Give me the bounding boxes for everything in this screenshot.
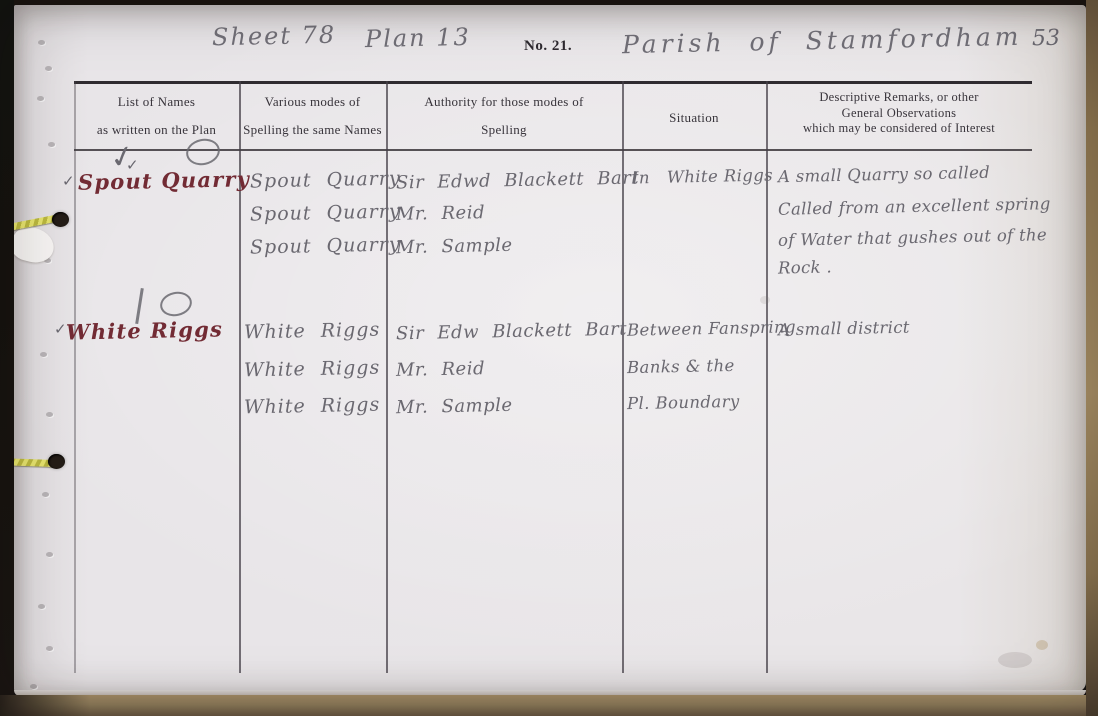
entry-name: Spout Quarry	[78, 166, 251, 195]
header-line: Various modes of	[239, 88, 386, 116]
paper-dimple	[30, 684, 37, 689]
book-bottom-shadow	[0, 695, 90, 716]
photo-left-edge	[0, 0, 14, 716]
column-header-spellings: Various modes of Spelling the same Names	[239, 88, 386, 144]
plan-number: Plan 13	[365, 23, 471, 53]
paper-dimple	[45, 66, 52, 71]
entry-name: White Riggs	[66, 316, 224, 344]
paper-dimple	[40, 352, 47, 357]
paper-dimple	[46, 646, 53, 651]
spelling-line: White Riggs	[244, 319, 381, 344]
column-header-authority: Authority for those modes of Spelling	[386, 88, 622, 144]
sheet-number: Sheet 78	[212, 21, 337, 52]
spelling-line: White Riggs	[244, 394, 381, 419]
paper-dimple	[38, 40, 45, 45]
column-header-names: List of Names as written on the Plan	[74, 88, 239, 144]
book-bottom-stack	[0, 695, 1098, 716]
photo-top-edge	[0, 0, 1098, 5]
spelling-line: White Riggs	[244, 357, 381, 382]
header-line: Descriptive Remarks, or other	[766, 90, 1032, 106]
authority-line: Mr. Sample	[396, 395, 513, 418]
header-line: Spelling	[386, 116, 622, 144]
smudge-stain	[760, 296, 770, 304]
punch-hole	[48, 454, 65, 469]
folio-number: 53	[1032, 26, 1061, 52]
spelling-line: Spout Quarry	[250, 233, 401, 258]
smudge-stain	[998, 652, 1032, 668]
header-line: General Observations	[766, 106, 1032, 122]
pencil-tick: ✓	[62, 172, 75, 191]
punch-hole	[52, 212, 69, 227]
authority-line: Mr. Sample	[396, 235, 513, 258]
header-line: Authority for those modes of	[386, 88, 622, 116]
situation-line: Banks & the	[627, 356, 735, 377]
paper-dimple	[48, 142, 55, 147]
smudge-stain	[1036, 640, 1048, 650]
paper-dimple	[46, 552, 53, 557]
paper-dimple	[38, 604, 45, 609]
header-line: Situation	[622, 110, 766, 126]
situation-line: Between Fanspring	[627, 317, 796, 340]
paper-dimple	[37, 96, 44, 101]
remark-line: A small district	[778, 318, 910, 340]
printed-no-label: No. 21.	[524, 38, 572, 55]
spelling-line: Spout Quarry	[250, 167, 401, 192]
situation-line: In White Riggs	[632, 166, 773, 188]
column-header-remarks: Descriptive Remarks, or other General Ob…	[766, 90, 1032, 137]
book-right-edge	[1086, 0, 1098, 716]
header-line: which may be considered of Interest	[766, 121, 1032, 137]
paper-dimple	[42, 492, 49, 497]
table-border-left	[74, 81, 76, 673]
column-header-situation: Situation	[622, 110, 766, 126]
situation-line: Pl. Boundary	[627, 392, 740, 413]
authority-line: Mr. Reid	[396, 202, 485, 225]
remark-line: Rock .	[778, 257, 832, 277]
authority-line: Mr. Reid	[396, 358, 485, 381]
paper-dimple	[46, 412, 53, 417]
table-top-rule	[74, 81, 1032, 84]
header-line: Spelling the same Names	[239, 116, 386, 144]
header-line: List of Names	[74, 88, 239, 116]
spelling-line: Spout Quarry	[250, 200, 401, 225]
header-line: as written on the Plan	[74, 116, 239, 144]
pencil-tick: ✓	[54, 320, 67, 339]
